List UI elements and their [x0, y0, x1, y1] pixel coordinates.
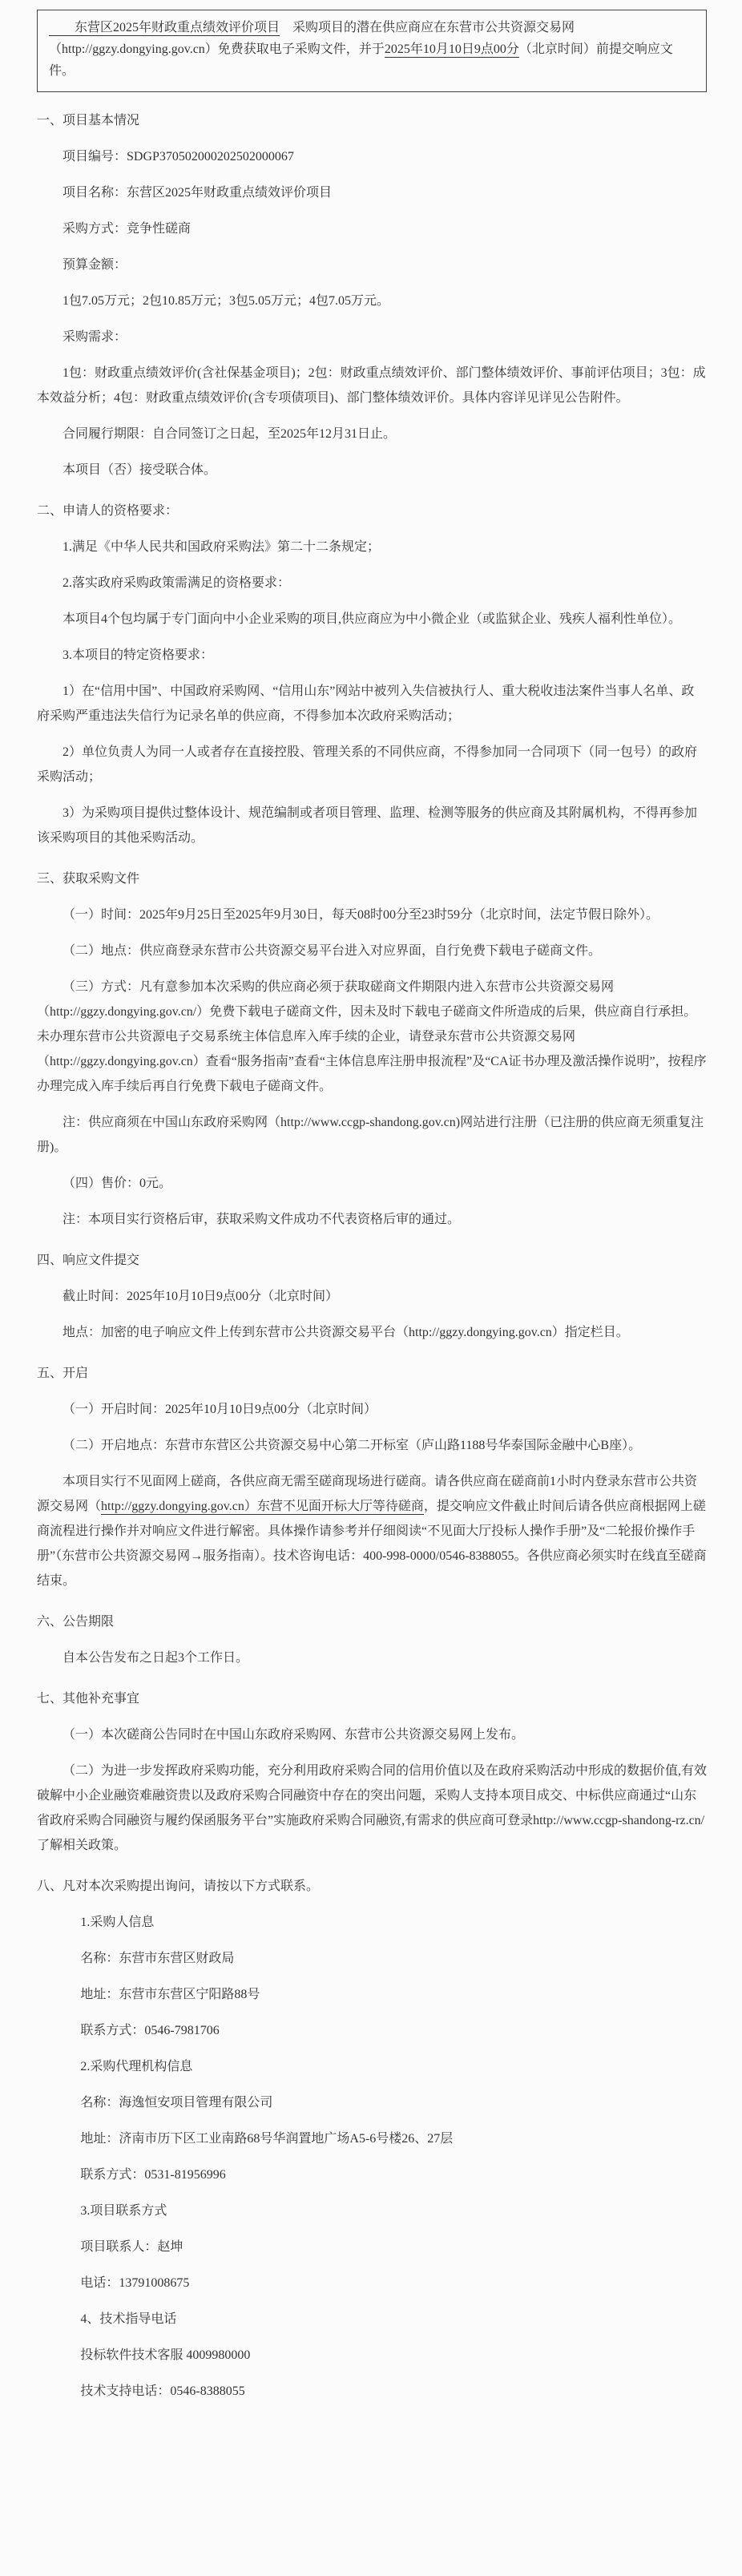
- section-heading: 五、开启: [37, 1361, 707, 1386]
- procurement-method: 采购方式：竞争性磋商: [37, 216, 707, 241]
- paragraph: 3.本项目的特定资格要求：: [37, 643, 707, 668]
- section-heading: 七、其他补充事宜: [37, 1686, 707, 1711]
- opening-time: （一）开启时间：2025年10月10日9点00分（北京时间）: [37, 1397, 707, 1422]
- project-contact-phone: 电话：13791008675: [37, 2271, 707, 2295]
- tech-guide-label: 4、技术指导电话: [37, 2307, 707, 2332]
- paragraph: （一）本次磋商公告同时在中国山东政府采购网、东营市公共资源交易网上发布。: [37, 1722, 707, 1747]
- section-heading: 三、获取采购文件: [37, 866, 707, 891]
- tech-support-phone: 技术支持电话：0546-8388055: [37, 2379, 707, 2404]
- section-heading: 八、凡对本次采购提出询问，请按以下方式联系。: [37, 1874, 707, 1899]
- notice-box: 东营区2025年财政重点绩效评价项目 采购项目的潜在供应商应在东营市公共资源交易…: [37, 10, 707, 92]
- section-supplementary: 七、其他补充事宜 （一）本次磋商公告同时在中国山东政府采购网、东营市公共资源交易…: [37, 1686, 707, 1858]
- consortium-acceptance: 本项目（否）接受联合体。: [37, 458, 707, 482]
- section-contacts: 八、凡对本次采购提出询问，请按以下方式联系。 1.采购人信息 名称：东营市东营区…: [37, 1874, 707, 2404]
- agency-info-label: 2.采购代理机构信息: [37, 2054, 707, 2079]
- agency-phone: 联系方式：0531-81956996: [37, 2162, 707, 2187]
- paragraph: 注：本项目实行资格后审，获取采购文件成功不代表资格后审的通过。: [37, 1207, 707, 1232]
- agency-name: 名称：海逸恒安项目管理有限公司: [37, 2090, 707, 2115]
- demand-detail: 1包：财政重点绩效评价(含社保基金项目)；2包：财政重点绩效评价、部门整体绩效评…: [37, 361, 707, 410]
- deadline-underlined: 2025年10月10日9点00分: [385, 42, 519, 58]
- purchaser-address: 地址：东营市东营区宁阳路88号: [37, 1982, 707, 2007]
- paragraph: 3）为采购项目提供过整体设计、规范编制或者项目管理、监理、检测等服务的供应商及其…: [37, 801, 707, 850]
- procurement-announcement-document: 东营区2025年财政重点绩效评价项目 采购项目的潜在供应商应在东营市公共资源交易…: [0, 0, 742, 2471]
- project-title-underlined: 东营区2025年财政重点绩效评价项目: [49, 21, 280, 36]
- section-qualification: 二、申请人的资格要求： 1.满足《中华人民共和国政府采购法》第二十二条规定； 2…: [37, 499, 707, 850]
- section-heading: 一、项目基本情况: [37, 108, 707, 133]
- submission-deadline: 截止时间：2025年10月10日9点00分（北京时间）: [37, 1284, 707, 1309]
- section-response-submission: 四、响应文件提交 截止时间：2025年10月10日9点00分（北京时间） 地点：…: [37, 1248, 707, 1345]
- section-heading: 六、公告期限: [37, 1609, 707, 1634]
- budget-amounts: 1包7.05万元；2包10.85万元；3包5.05万元；4包7.05万元。: [37, 289, 707, 313]
- section-heading: 二、申请人的资格要求：: [37, 499, 707, 523]
- demand-label: 采购需求：: [37, 325, 707, 349]
- paragraph: 自本公告发布之日起3个工作日。: [37, 1645, 707, 1670]
- paragraph: （二）地点：供应商登录东营市公共资源交易平台进入对应界面，自行免费下载电子磋商文…: [37, 939, 707, 963]
- contract-period: 合同履行期限：自合同签订之日起，至2025年12月31日止。: [37, 422, 707, 446]
- online-negotiation-paragraph: 本项目实行不见面网上磋商，各供应商无需至磋商现场进行磋商。请各供应商在磋商前1小…: [37, 1469, 707, 1593]
- purchaser-phone: 联系方式：0546-7981706: [37, 2018, 707, 2043]
- agency-address: 地址：济南市历下区工业南路68号华润置地广场A5-6号楼26、27层: [37, 2126, 707, 2151]
- paragraph: 2）单位负责人为同一人或者存在直接控股、管理关系的不同供应商，不得参加同一合同项…: [37, 740, 707, 789]
- project-contact-label: 3.项目联系方式: [37, 2198, 707, 2223]
- purchaser-name: 名称：东营市东营区财政局: [37, 1946, 707, 1971]
- bid-software-support-phone: 投标软件技术客服 4009980000: [37, 2343, 707, 2368]
- project-contact-person: 项目联系人：赵坤: [37, 2235, 707, 2259]
- section-opening: 五、开启 （一）开启时间：2025年10月10日9点00分（北京时间） （二）开…: [37, 1361, 707, 1593]
- section-heading: 四、响应文件提交: [37, 1248, 707, 1273]
- paragraph: （三）方式：凡有意参加本次采购的供应商必须于获取磋商文件期限内进入东营市公共资源…: [37, 975, 707, 1099]
- submission-location: 地点：加密的电子响应文件上传到东营市公共资源交易平台（http://ggzy.d…: [37, 1320, 707, 1345]
- paragraph: （四）售价：0元。: [37, 1171, 707, 1196]
- paragraph: 1）在“信用中国”、中国政府采购网、“信用山东”网站中被列入失信被执行人、重大税…: [37, 679, 707, 729]
- paragraph: 2.落实政府采购政策需满足的资格要求：: [37, 571, 707, 596]
- underlined-link-text: http://ggzy.dongying.gov.cn）东营不见面开标大厅等待磋…: [101, 1500, 424, 1515]
- section-basic-info: 一、项目基本情况 项目编号：SDGP370502000202502000067 …: [37, 108, 707, 482]
- budget-label: 预算金额：: [37, 252, 707, 277]
- paragraph: （二）为进一步发挥政府采购功能，充分利用政府采购合同的信用价值以及在政府采购活动…: [37, 1758, 707, 1858]
- opening-location: （二）开启地点：东营市东营区公共资源交易中心第二开标室（庐山路1188号华泰国际…: [37, 1433, 707, 1458]
- paragraph: （一）时间：2025年9月25日至2025年9月30日，每天08时00分至23时…: [37, 902, 707, 927]
- section-obtain-documents: 三、获取采购文件 （一）时间：2025年9月25日至2025年9月30日，每天0…: [37, 866, 707, 1232]
- paragraph: 1.满足《中华人民共和国政府采购法》第二十二条规定；: [37, 535, 707, 559]
- section-announcement-period: 六、公告期限 自本公告发布之日起3个工作日。: [37, 1609, 707, 1670]
- project-number: 项目编号：SDGP370502000202502000067: [37, 144, 707, 169]
- paragraph: 本项目4个包均属于专门面向中小企业采购的项目,供应商应为中小微企业（或监狱企业、…: [37, 607, 707, 632]
- paragraph: 注：供应商须在中国山东政府采购网（http://www.ccgp-shandon…: [37, 1110, 707, 1160]
- project-name: 项目名称：东营区2025年财政重点绩效评价项目: [37, 180, 707, 205]
- purchaser-info-label: 1.采购人信息: [37, 1910, 707, 1935]
